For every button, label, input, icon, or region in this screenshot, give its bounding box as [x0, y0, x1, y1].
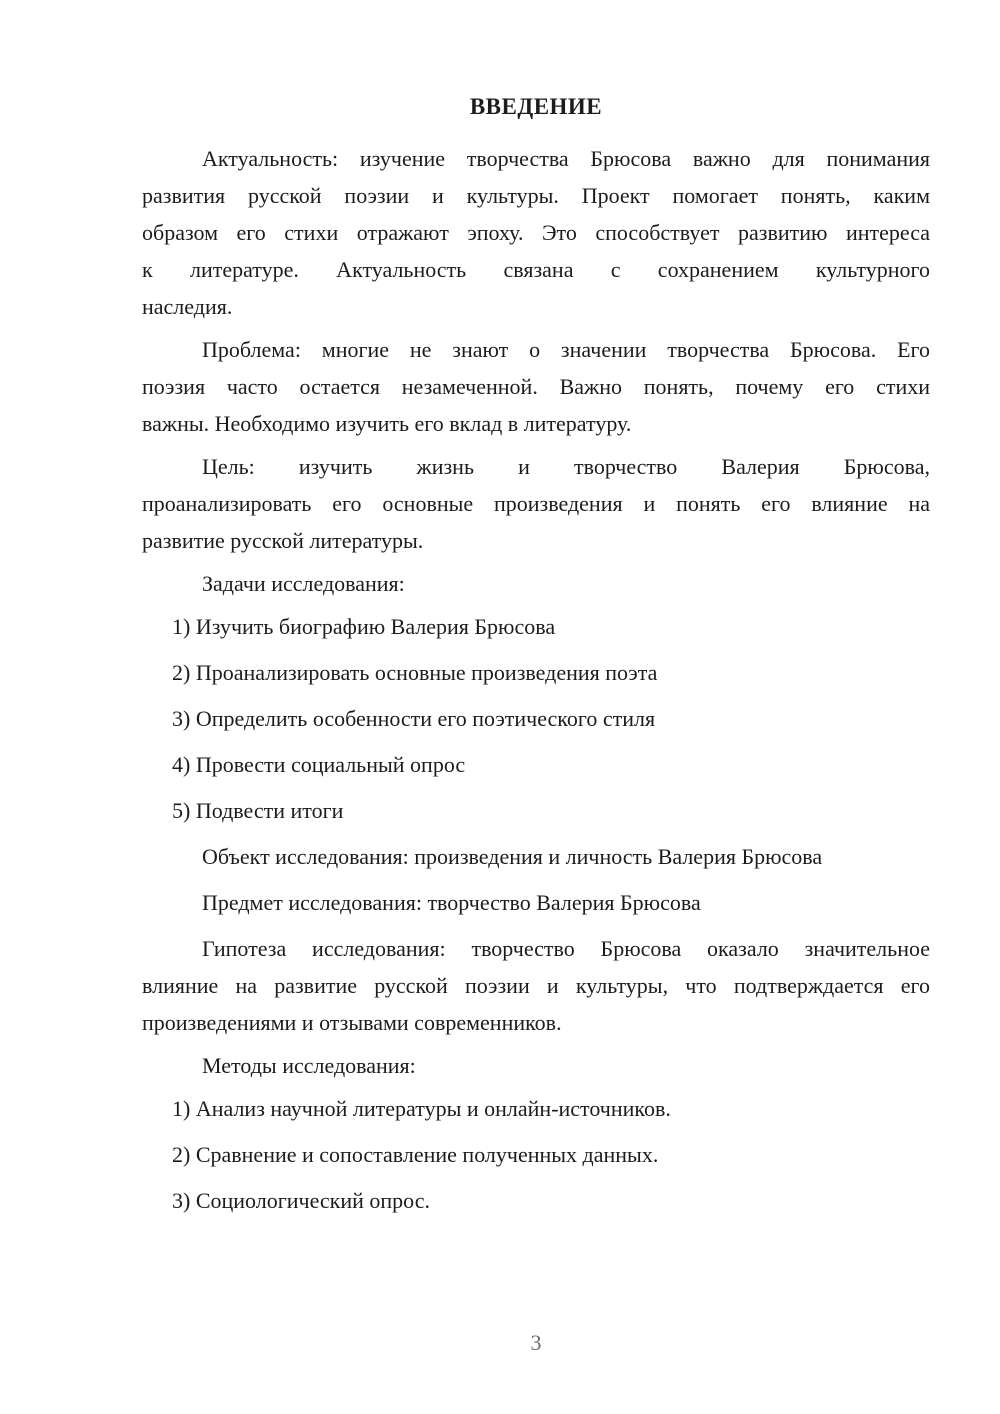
text-line: важны. Необходимо изучить его вклад в ли…: [142, 405, 930, 442]
paragraph-subject: Предмет исследования: творчество Валерия…: [142, 884, 930, 921]
document-page: ВВЕДЕНИЕ Актуальность: изучение творчест…: [0, 0, 1000, 1414]
text-block: ВВЕДЕНИЕ Актуальность: изучение творчест…: [142, 0, 930, 1228]
tasks-heading: Задачи исследования:: [142, 565, 930, 602]
paragraph-goal: Цель: изучить жизнь и творчество Валерия…: [142, 448, 930, 559]
text-line: к литературе. Актуальность связана с сох…: [142, 251, 930, 288]
paragraph-hypothesis: Гипотеза исследования: творчество Брюсов…: [142, 930, 930, 1041]
list-item-method-3: 3) Социологический опрос.: [142, 1182, 930, 1219]
text-line: Проблема: многие не знают о значении тво…: [142, 331, 930, 368]
text-line: проанализировать его основные произведен…: [142, 485, 930, 522]
text-line: Задачи исследования:: [142, 565, 930, 602]
text-line: произведениями и отзывами современников.: [142, 1004, 930, 1041]
text-line: Методы исследования:: [142, 1047, 930, 1084]
paragraph-problem: Проблема: многие не знают о значении тво…: [142, 331, 930, 442]
paragraph-object: Объект исследования: произведения и личн…: [142, 838, 930, 875]
paragraph-relevance: Актуальность: изучение творчества Брюсов…: [142, 140, 930, 325]
text-line: влияние на развитие русской поэзии и кул…: [142, 967, 930, 1004]
text-line: образом его стихи отражают эпоху. Это сп…: [142, 214, 930, 251]
page-number: 3: [142, 1326, 930, 1360]
list-item-task-3: 3) Определить особенности его поэтическо…: [142, 700, 930, 737]
text-line: Актуальность: изучение творчества Брюсов…: [142, 140, 930, 177]
list-item-task-5: 5) Подвести итоги: [142, 792, 930, 829]
text-line: наследия.: [142, 288, 930, 325]
list-item-task-1: 1) Изучить биографию Валерия Брюсова: [142, 608, 930, 645]
list-item-task-4: 4) Провести социальный опрос: [142, 746, 930, 783]
text-line: развитие русской литературы.: [142, 522, 930, 559]
list-item-method-1: 1) Анализ научной литературы и онлайн-ис…: [142, 1090, 930, 1127]
list-item-method-2: 2) Сравнение и сопоставление полученных …: [142, 1136, 930, 1173]
text-line: поэзия часто остается незамеченной. Важн…: [142, 368, 930, 405]
text-line: развития русской поэзии и культуры. Прое…: [142, 177, 930, 214]
text-line: Гипотеза исследования: творчество Брюсов…: [142, 930, 930, 967]
list-item-task-2: 2) Проанализировать основные произведени…: [142, 654, 930, 691]
page-title: ВВЕДЕНИЕ: [142, 92, 930, 122]
methods-heading: Методы исследования:: [142, 1047, 930, 1084]
text-line: Цель: изучить жизнь и творчество Валерия…: [142, 448, 930, 485]
